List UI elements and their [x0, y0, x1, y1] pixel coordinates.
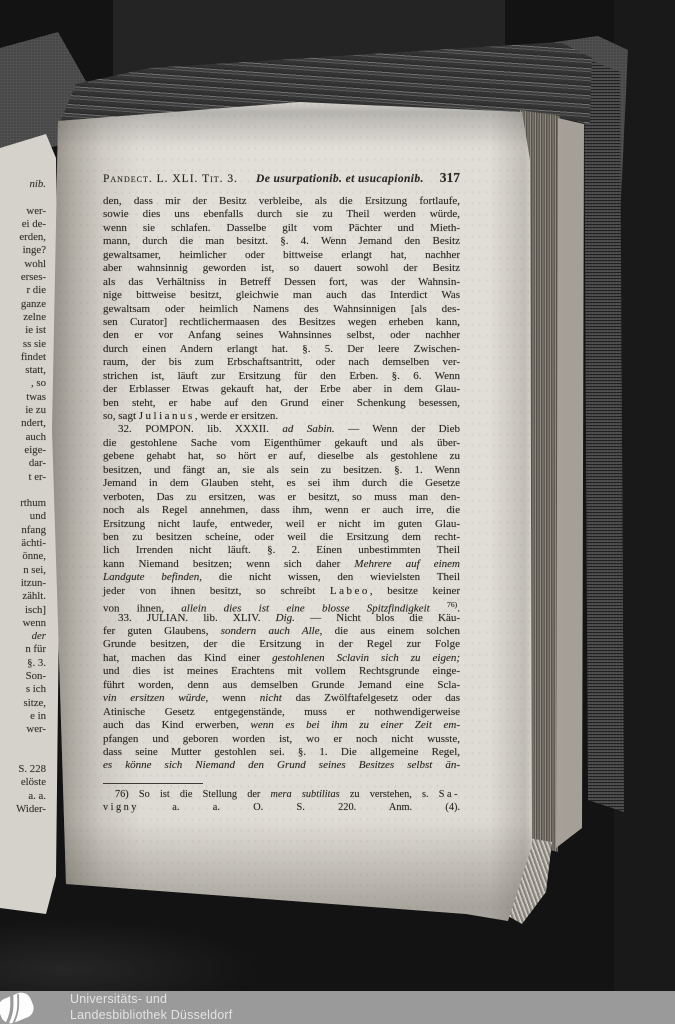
text-line — [0, 191, 46, 204]
text-line: lich Irrenden nicht läuft. §. 2. Einen u… — [103, 544, 460, 557]
text-line: statt, — [0, 364, 46, 377]
text-line: wer- — [0, 723, 46, 736]
text-line: wer- — [0, 205, 46, 218]
book-scan-photo: nib. wer-ei de-erden,inge?wohlerses-r di… — [0, 0, 675, 1024]
text-line: gebene gehabt hat, so hört er auf, diese… — [103, 450, 460, 463]
text-line: twas — [0, 391, 46, 404]
text-line: r die — [0, 284, 46, 297]
text-line: Atinische Gesetz entgegenstände, muss er… — [103, 706, 460, 719]
text-line: und dies ist meines Erachtens mit vollem… — [103, 665, 460, 678]
text-line: fer guten Glaubens, sondern auch Alle, d… — [103, 625, 460, 638]
background-right-area — [614, 0, 675, 1024]
text-line: und — [0, 510, 46, 523]
text-line — [0, 484, 46, 497]
text-line: sitze, — [0, 697, 46, 710]
text-line: nfang — [0, 524, 46, 537]
text-line: besitzen, und fängt an, sie als sein zu … — [103, 464, 460, 477]
text-line: 33. JULIAN. lib. XLIV. Dig. — Nicht blos… — [103, 612, 460, 625]
running-head-citation: Pandect. L. XLI. Tit. 3. — [103, 173, 238, 185]
text-line: zelne — [0, 311, 46, 324]
text-line: §. 3. — [0, 657, 46, 670]
text-line: a. a. — [0, 790, 46, 803]
text-line: ie ist — [0, 324, 46, 337]
running-head: Pandect. L. XLI. Tit. 3. De usurpationib… — [103, 170, 460, 186]
text-line: Jemand in dem Glauben steht, es sei ihm … — [103, 477, 460, 490]
text-line: inge? — [0, 244, 46, 257]
text-line: dass seine Mutter gestohlen sei. §. 1. D… — [103, 746, 460, 759]
text-line: Landgute befinden, die nicht wissen, den… — [103, 571, 460, 584]
text-line: nib. — [0, 178, 46, 191]
text-line: ächti- — [0, 537, 46, 550]
text-line: führt worden, denn aus demselben Grunde … — [103, 679, 460, 692]
text-line: es könne sich Niemand den Grund seines B… — [103, 759, 460, 772]
text-line: gewaltsam oder heimlich Namens des Wahns… — [103, 303, 460, 316]
text-line: findet — [0, 351, 46, 364]
text-line: kann Niemand besitzen; wenn sich daher M… — [103, 558, 460, 571]
text-line: von ihnen, allein dies ist eine blosse S… — [103, 598, 460, 611]
text-line: Son- — [0, 670, 46, 683]
left-page-text-fragments: nib. wer-ei de-erden,inge?wohlerses-r di… — [0, 178, 46, 816]
text-line: wenn sie schlafen. Dasselbe gilt vom Päc… — [103, 222, 460, 235]
text-line: so, sagt Julianus, werde er ersitzen. — [103, 410, 460, 423]
library-name-line1: Universitäts- und — [70, 992, 232, 1008]
text-line: noch als Regel annehmen, dass ihm, wenn … — [103, 504, 460, 517]
library-name: Universitäts- und Landesbibliothek Düsse… — [70, 992, 232, 1023]
text-line: Grunde besitzen, der die Ersitzung in de… — [103, 638, 460, 651]
text-line: dar- — [0, 457, 46, 470]
text-line: wohl — [0, 258, 46, 271]
text-line: jeder von ihnen besitzt, so schreibt Lab… — [103, 585, 460, 598]
text-line: , so — [0, 377, 46, 390]
footnote-text: 76) So ist die Stellung der mera subtili… — [103, 788, 460, 814]
text-line: mann, durch die man besitzt. §. 4. Wenn … — [103, 235, 460, 248]
text-line: 32. POMPON. lib. XXXII. ad Sabin. — Wenn… — [103, 423, 460, 436]
text-line: pfangen und geboren worden ist, wo er no… — [103, 733, 460, 746]
text-line: ganze — [0, 298, 46, 311]
body-text: den, dass mir der Besitz verbleibe, als … — [103, 195, 460, 773]
text-line: den, dass mir der Besitz verbleibe, als … — [103, 195, 460, 208]
text-line: vin ersitzen würde, wenn nicht das Zwölf… — [103, 692, 460, 705]
text-line: Wider- — [0, 803, 46, 816]
text-line — [0, 736, 46, 749]
text-line: den er vor Anfang seines Wahnsinnes selb… — [103, 329, 460, 342]
text-line: eige- — [0, 444, 46, 457]
text-line: elöste — [0, 776, 46, 789]
text-line: e in — [0, 710, 46, 723]
text-line: der — [0, 630, 46, 643]
text-line: der Erblasser Etwas gekauft hat, der Erb… — [103, 383, 460, 396]
text-line: auch das Kind erwerben, wenn es bei ihm … — [103, 719, 460, 732]
text-line: durch einen Andern erlangt hat. §. 5. De… — [103, 343, 460, 356]
text-line: gewaltsamer, heimlicher oder bittweise e… — [103, 249, 460, 262]
library-name-line2: Landesbibliothek Düsseldorf — [70, 1008, 232, 1024]
text-line: auch — [0, 431, 46, 444]
text-line: ndert, — [0, 417, 46, 430]
text-line: verboten, Das zu ersitzen, was er besitz… — [103, 491, 460, 504]
text-line: nige bittweise besitzt, gleichwie man au… — [103, 289, 460, 302]
text-line: isch] — [0, 604, 46, 617]
text-line: t er- — [0, 471, 46, 484]
text-line: aber wahnsinnig geworden ist, so dauert … — [103, 262, 460, 275]
text-line: zählt. — [0, 590, 46, 603]
text-line: 76) So ist die Stellung der mera subtili… — [103, 788, 460, 801]
text-line: n für — [0, 643, 46, 656]
text-line — [0, 750, 46, 763]
text-line: als das Verhältniss in Betreff Dessen fo… — [103, 276, 460, 289]
text-line: wenn — [0, 617, 46, 630]
text-line: sowie dies uns ebenfalls durch sie zu Th… — [103, 208, 460, 221]
text-line: hat, machen das Kind einer gestohlenen S… — [103, 652, 460, 665]
text-line: erses- — [0, 271, 46, 284]
text-line: ei de- — [0, 218, 46, 231]
ulb-duesseldorf-logo-icon — [0, 988, 56, 1024]
text-line: S. 228 — [0, 763, 46, 776]
text-line: rthum — [0, 497, 46, 510]
text-line: s ich — [0, 683, 46, 696]
text-line: önne, — [0, 550, 46, 563]
footnote-rule — [103, 783, 203, 784]
text-line: sen Curator] rechtlichermaasen des Besit… — [103, 316, 460, 329]
text-line: Ersitzung nicht laufe, entweder, weil er… — [103, 518, 460, 531]
text-line: ben zu besitzen scheine, oder weil die E… — [103, 531, 460, 544]
page-number: 317 — [440, 170, 460, 186]
text-line: erden, — [0, 231, 46, 244]
text-line: raum, der bis zum Erbschaftsantritt, ode… — [103, 356, 460, 369]
running-head-title: De usurpationib. et usucapionib. — [256, 173, 424, 185]
text-line: vigny a. a. O. S. 220. Anm. (4). — [103, 801, 460, 814]
text-line: n sei, — [0, 564, 46, 577]
library-banner: Universitäts- und Landesbibliothek Düsse… — [0, 991, 675, 1024]
text-line: die gestohlene Sache vom Eigenthümer gek… — [103, 437, 460, 450]
text-line: itzun- — [0, 577, 46, 590]
text-line: strichen ist, läuft zur Ersitzung für de… — [103, 370, 460, 383]
text-line: ss sie — [0, 338, 46, 351]
text-line: ie zu — [0, 404, 46, 417]
text-line: ben steht, er habe auf den Grund einer S… — [103, 397, 460, 410]
